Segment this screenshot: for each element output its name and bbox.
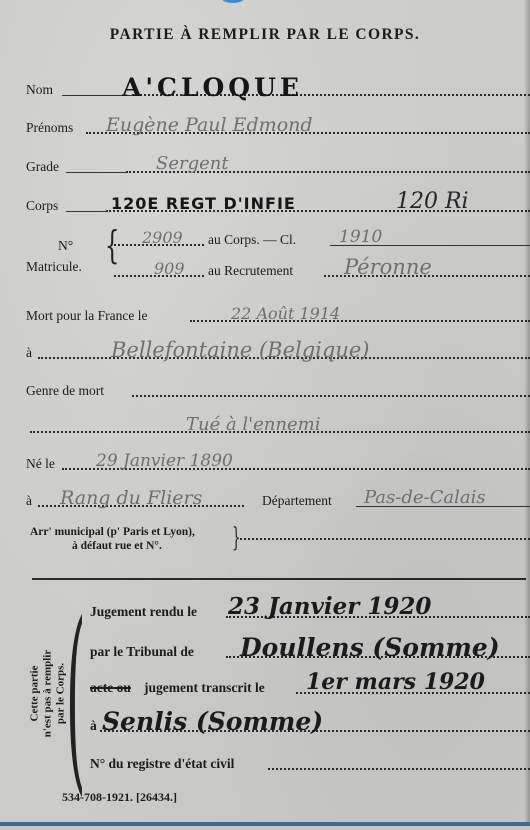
mort-lieu-label: à <box>26 345 32 361</box>
corps-underline <box>66 211 106 212</box>
corps-value: 120 Ri <box>396 189 469 214</box>
acte-ou-struck: acte ou <box>90 680 131 696</box>
death-record-card: PARTIE À REMPLIR PAR LE CORPS. Nom A'CLO… <box>0 0 530 826</box>
field-tribunal: par le Tribunal de Doullens (Somme) <box>90 642 530 662</box>
jugement-rendu-label: Jugement rendu le <box>90 604 197 620</box>
field-ne-le: Né le 29 Janvier 1890 <box>26 454 530 474</box>
genre-de-mort-value: Tué à l'ennemi <box>186 414 320 435</box>
arrondissement-dotted-line <box>240 538 530 540</box>
field-genre-de-mort-value: Tué à l'ennemi <box>26 417 530 437</box>
field-grade: Grade Sergent <box>26 157 530 177</box>
field-ne-lieu: à Rang du Fliers Département Pas-de-Cala… <box>26 491 530 511</box>
recrutement-number-value: 909 <box>154 259 185 278</box>
page-title: PARTIE À REMPLIR PAR LE CORPS. <box>0 26 530 44</box>
prenoms-value: Eugène Paul Edmond <box>106 114 313 136</box>
ne-lieu-value: Rang du Fliers <box>60 487 202 509</box>
side-note-line2: n'est pas à remplir <box>42 640 55 748</box>
nom-value: A'CLOQUE <box>122 73 303 102</box>
jugement-rendu-value: 23 Janvier 1920 <box>228 593 431 620</box>
transcrit-lieu-value: Senlis (Somme) <box>102 707 323 736</box>
matricule-corps-line: 2909 au Corps. — Cl. 1910 <box>114 230 530 250</box>
field-genre-de-mort: Genre de mort <box>26 381 530 401</box>
nom-label: Nom <box>26 82 53 98</box>
transcrit-lieu-label: à <box>90 718 97 734</box>
mort-label: Mort pour la France le <box>26 308 147 324</box>
ne-le-value: 29 Janvier 1890 <box>96 451 233 471</box>
grade-underline <box>66 172 126 173</box>
prenoms-label: Prénoms <box>26 120 73 136</box>
field-transcrit-lieu: à Senlis (Somme) <box>90 716 530 736</box>
registre-dotted-line <box>268 768 530 770</box>
corps-label: Corps <box>26 198 58 214</box>
jugement-brace: ( <box>66 598 86 798</box>
genre-de-mort-dotted-line <box>132 395 530 397</box>
registre-label: N° du registre d'état civil <box>90 756 234 772</box>
transcrit-value: 1er mars 1920 <box>306 669 485 695</box>
field-mort-lieu: à Bellefontaine (Belgique) <box>26 343 530 363</box>
departement-label: Département <box>262 493 332 509</box>
grade-label: Grade <box>26 159 59 175</box>
corps-number-value: 2909 <box>142 228 183 247</box>
print-reference: 534-708-1921. [26434.] <box>62 790 177 805</box>
field-mort-date: Mort pour la France le 22 Août 1914 <box>26 306 530 326</box>
field-jugement-rendu: Jugement rendu le 23 Janvier 1920 <box>90 602 530 622</box>
grade-value: Sergent <box>156 153 229 174</box>
ne-lieu-label: à <box>26 493 32 509</box>
mort-value: 22 Août 1914 <box>231 304 340 323</box>
mort-lieu-value: Bellefontaine (Belgique) <box>111 338 369 362</box>
genre-de-mort-label: Genre de mort <box>26 383 104 399</box>
viewer-bottom-bar <box>0 822 530 826</box>
field-prenoms: Prénoms Eugène Paul Edmond <box>26 118 530 138</box>
field-nom: Nom A'CLOQUE <box>26 80 530 100</box>
section-divider <box>32 578 526 580</box>
field-transcrit: acte ou jugement transcrit le 1er mars 1… <box>90 678 530 698</box>
recrutement-place-value: Péronne <box>344 255 432 279</box>
field-corps: Corps 120E REGT D'INFIE 120 Ri <box>26 196 530 216</box>
matricule-recrutement-line: 909 au Recrutement Péronne <box>114 261 530 281</box>
au-corps-label: au Corps. — Cl. <box>208 232 296 248</box>
scan-marker <box>222 0 244 3</box>
classe-value: 1910 <box>339 227 382 247</box>
au-recrutement-label: au Recrutement <box>208 263 293 279</box>
ne-le-label: Né le <box>26 456 55 472</box>
side-note: Cette partie n'est pas à remplir par le … <box>29 640 68 748</box>
departement-value: Pas-de-Calais <box>364 487 486 508</box>
field-registre: N° du registre d'état civil <box>90 754 530 774</box>
tribunal-value: Doullens (Somme) <box>240 633 500 662</box>
tribunal-label: par le Tribunal de <box>90 644 194 660</box>
transcrit-label: jugement transcrit le <box>144 680 265 696</box>
side-note-line1: Cette partie <box>29 640 42 748</box>
corps-stamp: 120E REGT D'INFIE <box>111 194 296 213</box>
